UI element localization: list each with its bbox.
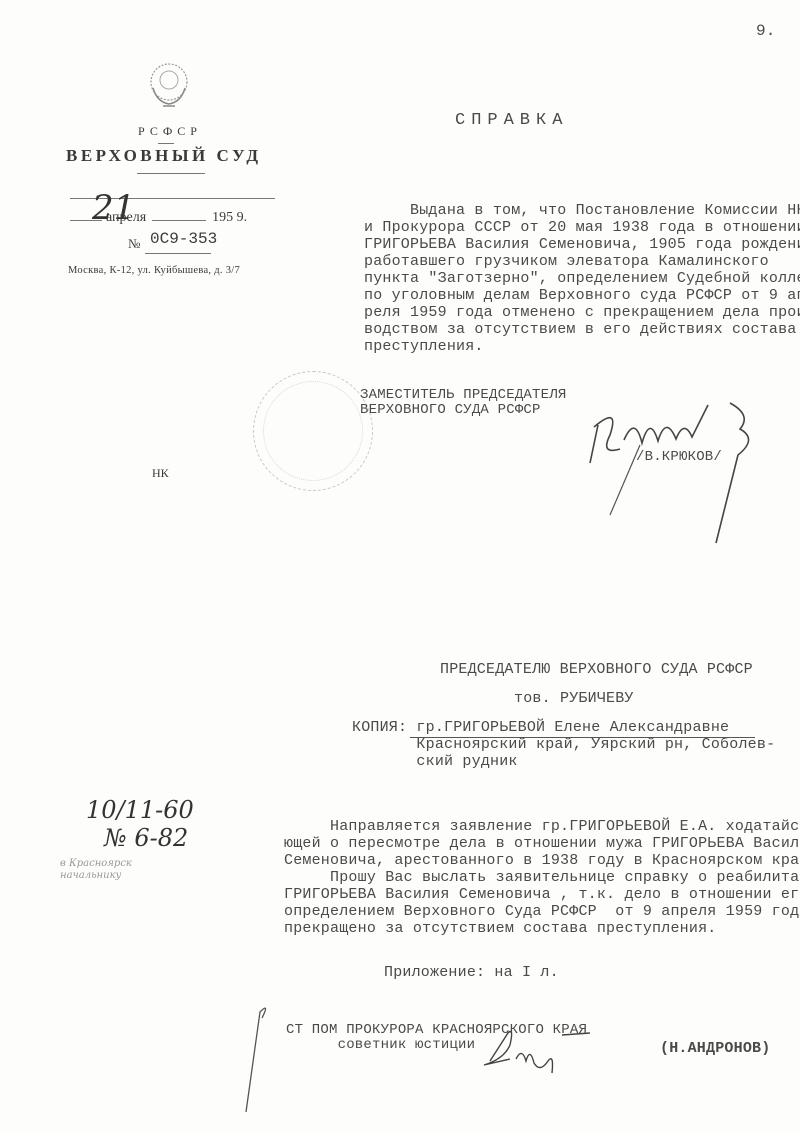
month: апреля [106, 210, 146, 225]
prosecutor-name: (Н.АНДРОНОВ) [660, 1040, 770, 1057]
copy-underline [410, 737, 755, 738]
divider [158, 143, 174, 144]
addressee-title: ПРЕДСЕДАТЕЛЮ ВЕРХОВНОГО СУДА РСФСР [440, 661, 753, 678]
initials: НК [152, 466, 169, 481]
copy-recipient: КОПИЯ: гр.ГРИГОРЬЕВОЙ Елене Александравн… [352, 719, 775, 770]
check-mark-icon [240, 1000, 270, 1120]
prosecutor-signature-icon [470, 1025, 600, 1085]
document-number: 0С9-353 [150, 230, 217, 248]
number-underline [145, 253, 211, 254]
official-stamp-inner [263, 381, 363, 481]
number-label: № [128, 236, 140, 252]
handwritten-number: № 6-82 [104, 824, 188, 852]
page-number: 9. [756, 22, 776, 40]
signatory-title: ЗАМЕСТИТЕЛЬ ПРЕДСЕДАТЕЛЯ ВЕРХОВНОГО СУДА… [360, 388, 566, 418]
attachment-note: Приложение: на I л. [384, 964, 559, 981]
court-address: Москва, К-12, ул. Куйбышева, д. 3/7 [68, 265, 240, 276]
faint-note: в Красноярск начальнику [60, 858, 132, 882]
handwritten-date: 10/11-60 [86, 796, 194, 824]
republic-label: РСФСР [110, 124, 230, 139]
document-title: СПРАВКА [455, 111, 568, 130]
signature-icon [580, 385, 770, 545]
coat-of-arms-icon [143, 58, 195, 110]
date-row: апреля195 9. [70, 210, 280, 226]
certificate-body: Выдана в том, что Постановление Комиссии… [364, 202, 800, 355]
divider [137, 173, 205, 174]
addressee-name: тов. РУБИЧЕВУ [514, 690, 634, 707]
signatory-name: /В.КРЮКОВ/ [636, 449, 722, 465]
court-name: ВЕРХОВНЫЙ СУД [66, 146, 276, 166]
year: 195 9. [212, 210, 247, 225]
letter-body: Направляется заявление гр.ГРИГОРЬЕВОЙ Е.… [284, 818, 800, 937]
